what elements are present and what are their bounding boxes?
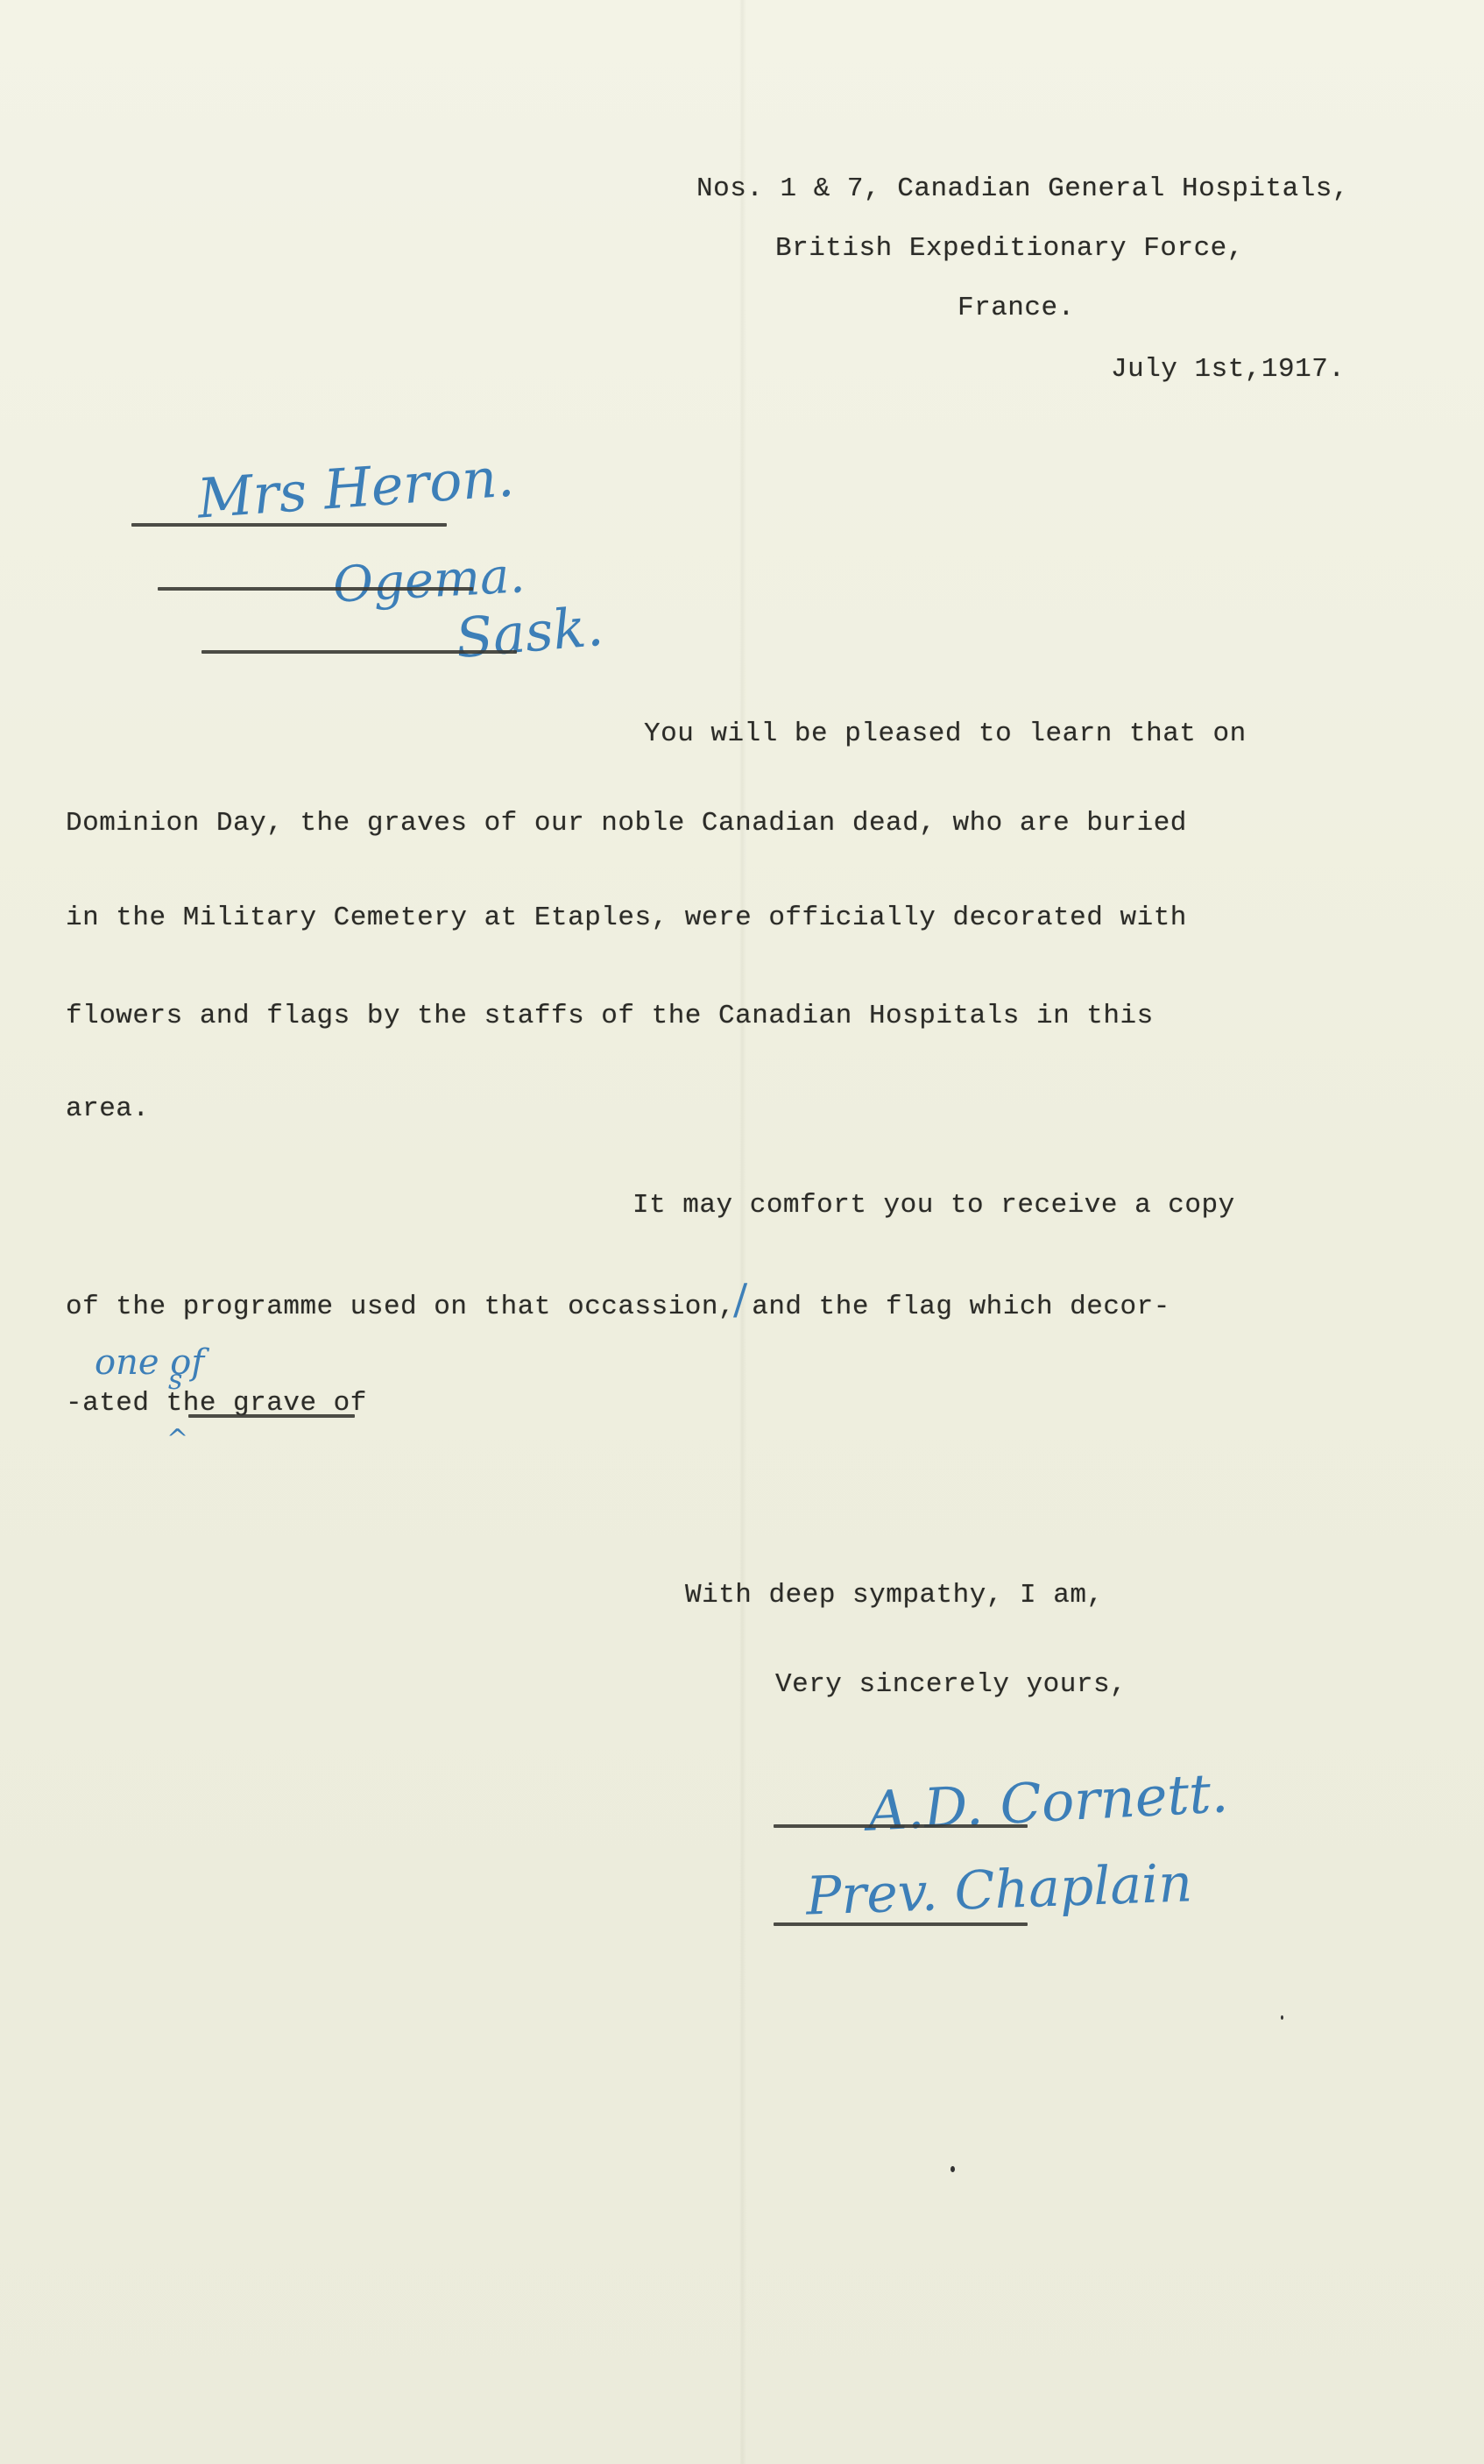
strike-mark: / <box>733 1275 747 1324</box>
caret-mark: ^ <box>166 1424 188 1455</box>
signature-rule-1 <box>774 1824 1028 1828</box>
closing-line-1: With deep sympathy, I am, <box>685 1580 1104 1611</box>
body-para1-line-1: You will be pleased to learn that on <box>644 719 1247 749</box>
body-para2-line-2: of the programme used on that occassion,… <box>66 1292 1170 1322</box>
closing-line-2: Very sincerely yours, <box>775 1669 1127 1700</box>
paper-speck <box>1281 2015 1283 2020</box>
address-rule-2 <box>158 587 473 591</box>
signature-rule-2 <box>774 1922 1028 1926</box>
letterhead-line-2: British Expeditionary Force, <box>775 233 1244 264</box>
body-para1-line-4: flowers and flags by the staffs of the C… <box>66 1001 1154 1031</box>
blank-name-rule <box>188 1414 355 1418</box>
body-para2-line-1: It may comfort you to receive a copy <box>632 1190 1235 1221</box>
recipient-province: Sask. <box>453 594 605 670</box>
body-para1-line-2: Dominion Day, the graves of our noble Ca… <box>66 808 1187 839</box>
address-rule-3 <box>201 650 517 654</box>
insertion-one-of: one of <box>95 1342 204 1383</box>
letterhead-line-1: Nos. 1 & 7, Canadian General Hospitals, <box>696 173 1349 204</box>
body-para1-line-3: in the Military Cemetery at Etaples, wer… <box>66 903 1187 933</box>
letterhead-line-3: France. <box>958 293 1075 323</box>
body-para1-line-5: area. <box>66 1094 150 1124</box>
paper-speck <box>950 2166 955 2172</box>
letter-date: July 1st,1917. <box>1111 354 1345 385</box>
address-rule-1 <box>131 523 447 527</box>
